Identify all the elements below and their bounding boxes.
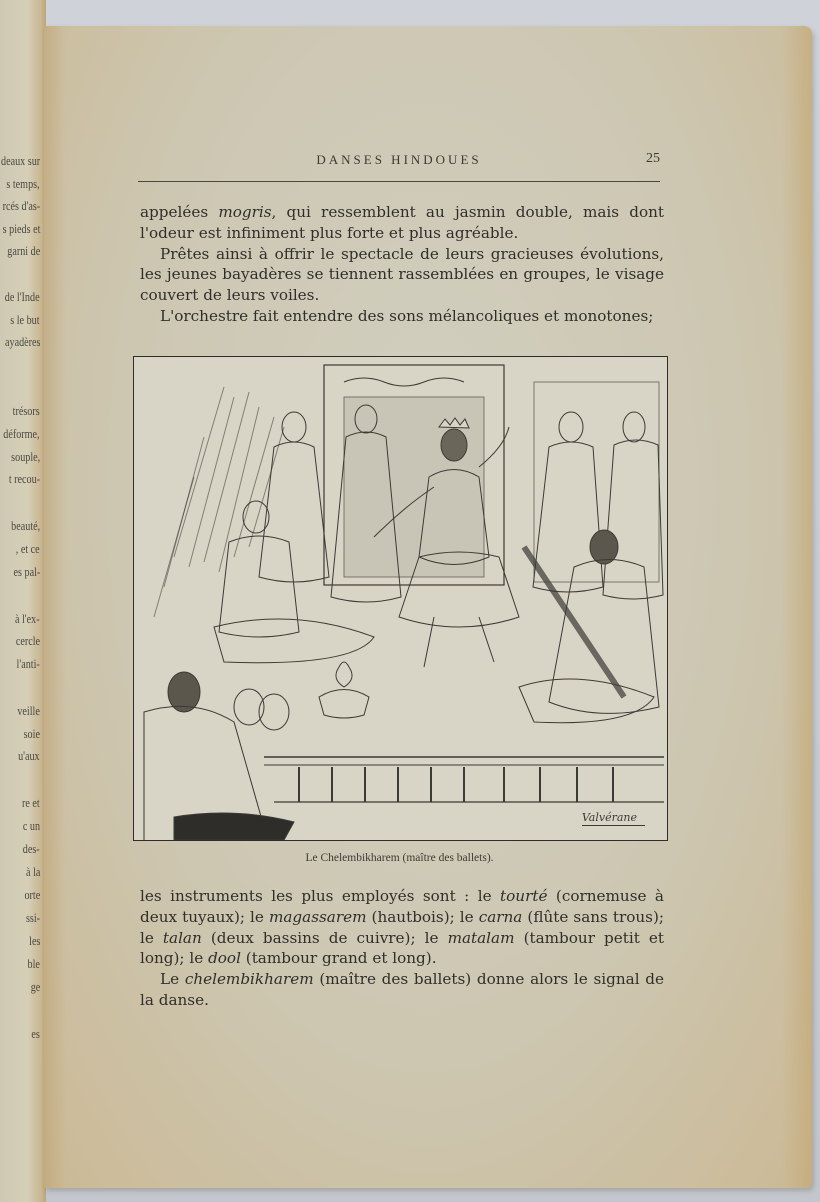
italic-term: matalam <box>448 929 515 947</box>
left-page-text-fragment: t recou- <box>9 471 40 487</box>
running-head: DANSES HINDOUES 25 <box>138 150 660 174</box>
left-page-text-fragment: c un <box>23 818 40 834</box>
italic-term: carna <box>479 908 523 926</box>
text-run: les instruments les plus employés sont :… <box>140 887 500 905</box>
left-page-text-fragment: de l'Inde <box>5 289 40 305</box>
paragraph: appelées mogris, qui ressemblent au jasm… <box>140 202 664 244</box>
running-title: DANSES HINDOUES <box>138 152 660 168</box>
paragraph: L'orchestre fait entendre des sons mélan… <box>140 306 664 327</box>
italic-term: tourté <box>500 887 547 905</box>
italic-term: mogris <box>218 203 271 221</box>
left-page-text-fragment: ayadères <box>5 334 40 350</box>
body-text-top: appelées mogris, qui ressemblent au jasm… <box>140 202 664 327</box>
left-page-text-fragment: les <box>29 933 40 949</box>
left-page-text-fragment: l'anti- <box>17 656 40 672</box>
left-page-text-fragment: garni de <box>7 243 40 259</box>
text-run: (tambour grand et long). <box>241 949 437 967</box>
paragraph: Le chelembikharem (maître des ballets) d… <box>140 969 664 1011</box>
text-run: appelées <box>140 203 218 221</box>
engraving-illustration: Valvérane <box>133 356 668 841</box>
artist-signature: Valvérane <box>582 811 645 826</box>
left-page-text-fragment: es pal- <box>13 564 40 580</box>
italic-term: chelembikharem <box>185 970 314 988</box>
italic-term: magassarem <box>269 908 367 926</box>
text-run: (hautbois); le <box>367 908 479 926</box>
italic-term: dool <box>208 949 241 967</box>
left-page-text-fragment: orte <box>24 887 40 903</box>
left-page-text-fragment: ble <box>28 956 40 972</box>
paragraph: Prêtes ainsi à offrir le spectacle de le… <box>140 244 664 306</box>
figure-caption: Le Chelembikharem (maître des ballets). <box>133 852 666 864</box>
header-rule <box>138 181 660 182</box>
text-run: Le <box>160 970 185 988</box>
engraving-drawing <box>134 357 667 840</box>
left-page-text-fragment: beauté, <box>11 518 40 534</box>
left-page-edge: deaux sur s temps, rcés d'as- s pieds et… <box>0 0 46 1202</box>
left-page-text-fragment: rcés d'as- <box>2 198 40 214</box>
left-page-text-fragment: cercle <box>16 633 40 649</box>
text-run: (deux bassins de cuivre); le <box>202 929 448 947</box>
left-page-text-fragment: à l'ex- <box>15 611 40 627</box>
italic-term: talan <box>163 929 202 947</box>
body-text-bottom: les instruments les plus employés sont :… <box>140 886 664 1011</box>
left-page-text-fragment: déforme, <box>4 426 40 442</box>
left-page-text-fragment: u'aux <box>18 748 40 764</box>
left-page-text-fragment: des- <box>23 841 40 857</box>
left-page-text-fragment: s pieds et <box>2 221 40 237</box>
left-page-text-fragment: soie <box>24 726 40 742</box>
left-page-text-fragment: s le but <box>11 312 40 328</box>
left-page-text-fragment: , et ce <box>16 541 40 557</box>
left-page-text-fragment: à la <box>26 864 40 880</box>
left-page-text-fragment: deaux sur <box>1 153 40 169</box>
left-page-text-fragment: re et <box>22 795 40 811</box>
left-page-text-fragment: souple, <box>11 449 40 465</box>
left-page-text-fragment: es <box>32 1026 40 1042</box>
left-page-text-fragment: trésors <box>13 403 40 419</box>
page-number: 25 <box>646 151 660 167</box>
left-page-text-fragment: s temps, <box>7 176 40 192</box>
left-page-text-fragment: ge <box>30 979 40 995</box>
left-page-text-fragment: veille <box>17 703 40 719</box>
left-page-text-fragment: ssi- <box>26 910 40 926</box>
paragraph: les instruments les plus employés sont :… <box>140 886 664 969</box>
